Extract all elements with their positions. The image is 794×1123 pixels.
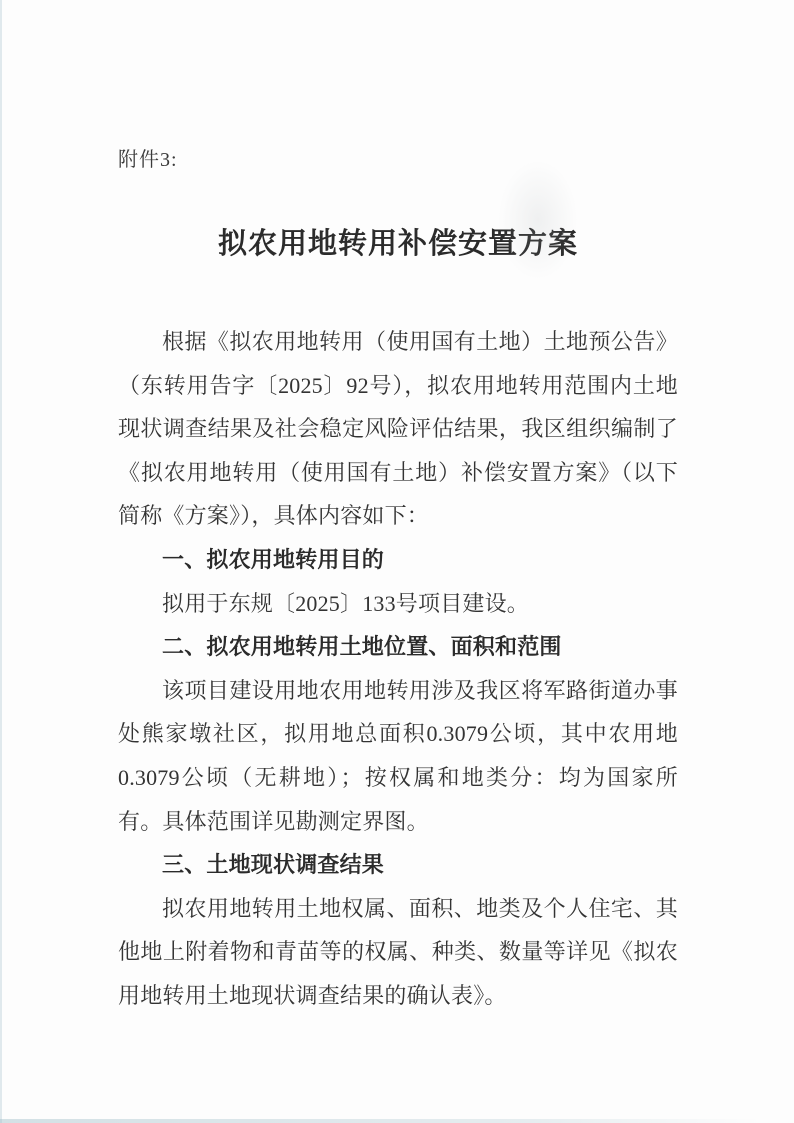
scanned-document-page: 附件3: 拟农用地转用补偿安置方案 根据《拟农用地转用（使用国有土地）土地预公告… [0, 0, 794, 1123]
document-title: 拟农用地转用补偿安置方案 [118, 226, 678, 262]
section-heading: 三、土地现状调查结果 [118, 843, 678, 887]
body-paragraph: 拟农用地转用土地权属、面积、地类及个人住宅、其他地上附着物和青苗等的权属、种类、… [118, 887, 678, 1018]
scan-edge-left-artifact [0, 0, 2, 1123]
attachment-label: 附件3: [118, 146, 678, 174]
body-paragraph: 拟用于东规〔2025〕133号项目建设。 [118, 582, 678, 626]
scan-smudge-artifact [498, 160, 578, 280]
body-paragraph: 根据《拟农用地转用（使用国有土地）土地预公告》（东转用告字〔2025〕92号），… [118, 320, 678, 538]
section-heading: 二、拟农用地转用土地位置、面积和范围 [118, 625, 678, 669]
body-paragraph: 该项目建设用地农用地转用涉及我区将军路街道办事处熊家墩社区，拟用地总面积0.30… [118, 669, 678, 843]
section-heading: 一、拟农用地转用目的 [118, 538, 678, 582]
scan-edge-bottom-artifact [0, 1119, 760, 1123]
document-body: 根据《拟农用地转用（使用国有土地）土地预公告》（东转用告字〔2025〕92号），… [118, 320, 678, 1018]
